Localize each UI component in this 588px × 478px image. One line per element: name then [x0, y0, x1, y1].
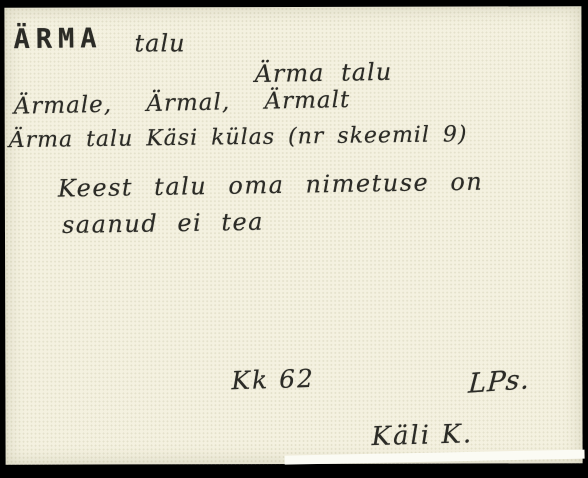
farm-name-line: Ärma talu: [254, 58, 392, 88]
scan-edge-artifact: [285, 450, 585, 465]
date-code: Kk 62: [231, 364, 315, 395]
location-line: Ärma talu Käsi külas (nr skeemil 9): [9, 122, 468, 153]
scan-black-border: ÄRMA talu Ärma talu Ärmale, Ärmal, Ärmal…: [0, 0, 588, 478]
note-line-2: saanud ei tea: [62, 208, 264, 239]
note-line-1: Keest talu oma nimetuse on: [58, 168, 484, 203]
signature-initials: LPs.: [467, 364, 531, 400]
collector-name: Käli K.: [371, 419, 473, 452]
headword-title: ÄRMA: [13, 23, 102, 55]
case-forms-line: Ärmale, Ärmal, Ärmalt: [13, 87, 350, 120]
headword-qualifier: talu: [134, 29, 185, 57]
index-card: ÄRMA talu Ärma talu Ärmale, Ärmal, Ärmal…: [4, 6, 582, 465]
